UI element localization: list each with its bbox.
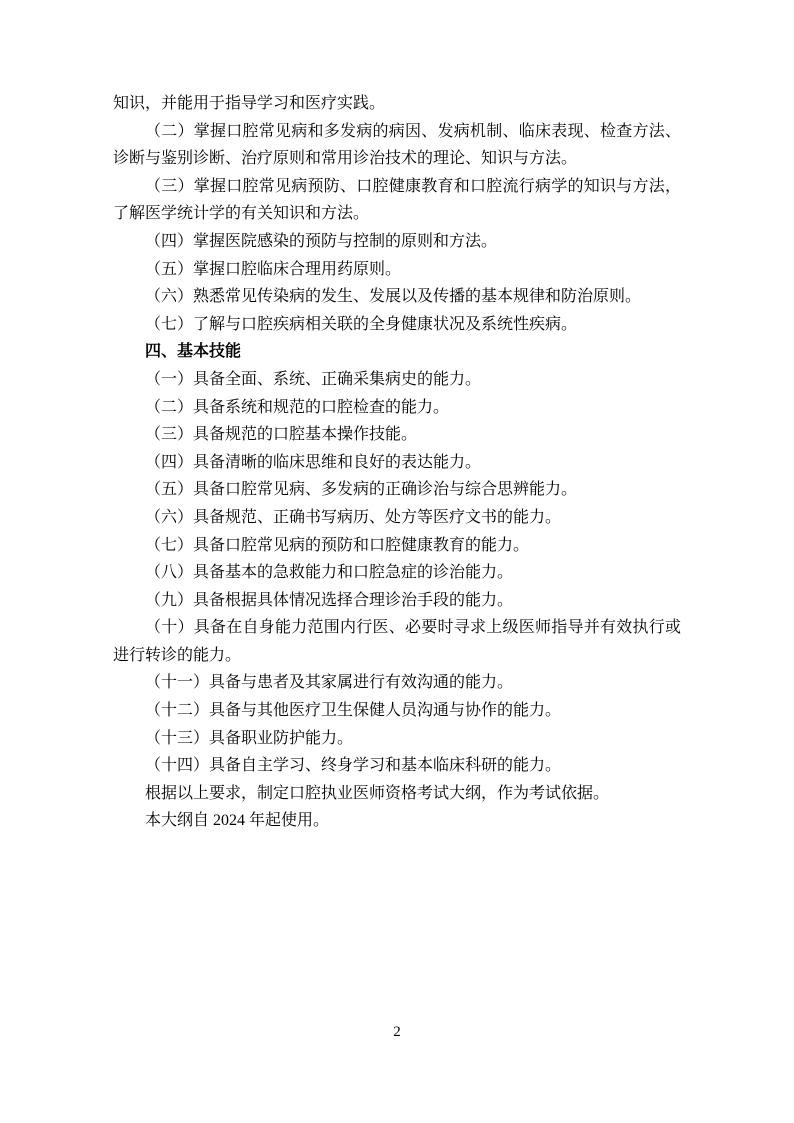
skills-item-6: （六）具备规范、正确书写病历、处方等医疗文书的能力。	[113, 504, 681, 532]
document-page: 知识，并能用于指导学习和医疗实践。 （二）掌握口腔常见病和多发病的病因、发病机制…	[0, 0, 794, 1123]
paragraph-continuation: 知识，并能用于指导学习和医疗实践。	[113, 90, 681, 118]
knowledge-item-4: （四）掌握医院感染的预防与控制的原则和方法。	[113, 228, 681, 256]
knowledge-item-5: （五）掌握口腔临床合理用药原则。	[113, 256, 681, 284]
skills-item-11: （十一）具备与患者及其家属进行有效沟通的能力。	[113, 669, 681, 697]
skills-item-4: （四）具备清晰的临床思维和良好的表达能力。	[113, 449, 681, 477]
knowledge-item-6: （六）熟悉常见传染病的发生、发展以及传播的基本规律和防治原则。	[113, 283, 681, 311]
knowledge-item-3: （三）掌握口腔常见病预防、口腔健康教育和口腔流行病学的知识与方法，了解医学统计学…	[113, 173, 681, 228]
skills-item-13: （十三）具备职业防护能力。	[113, 725, 681, 753]
skills-item-3: （三）具备规范的口腔基本操作技能。	[113, 421, 681, 449]
knowledge-item-2: （二）掌握口腔常见病和多发病的病因、发病机制、临床表现、检查方法、诊断与鉴别诊断…	[113, 118, 681, 173]
document-body: 知识，并能用于指导学习和医疗实践。 （二）掌握口腔常见病和多发病的病因、发病机制…	[113, 90, 681, 835]
skills-item-5: （五）具备口腔常见病、多发病的正确诊治与综合思辨能力。	[113, 476, 681, 504]
skills-item-9: （九）具备根据具体情况选择合理诊治手段的能力。	[113, 587, 681, 615]
knowledge-item-7: （七）了解与口腔疾病相关联的全身健康状况及系统性疾病。	[113, 311, 681, 339]
skills-item-7: （七）具备口腔常见病的预防和口腔健康教育的能力。	[113, 532, 681, 560]
closing-paragraph-basis: 根据以上要求，制定口腔执业医师资格考试大纲，作为考试依据。	[113, 780, 681, 808]
skills-item-2: （二）具备系统和规范的口腔检查的能力。	[113, 394, 681, 422]
skills-item-14: （十四）具备自主学习、终身学习和基本临床科研的能力。	[113, 752, 681, 780]
closing-paragraph-effective-date: 本大纲自 2024 年起使用。	[113, 807, 681, 835]
skills-item-1: （一）具备全面、系统、正确采集病史的能力。	[113, 366, 681, 394]
skills-item-10: （十）具备在自身能力范围内行医、必要时寻求上级医师指导并有效执行或进行转诊的能力…	[113, 614, 681, 669]
skills-item-8: （八）具备基本的急救能力和口腔急症的诊治能力。	[113, 559, 681, 587]
page-number: 2	[0, 1022, 794, 1042]
section-heading-basic-skills: 四、基本技能	[113, 338, 681, 366]
skills-item-12: （十二）具备与其他医疗卫生保健人员沟通与协作的能力。	[113, 697, 681, 725]
